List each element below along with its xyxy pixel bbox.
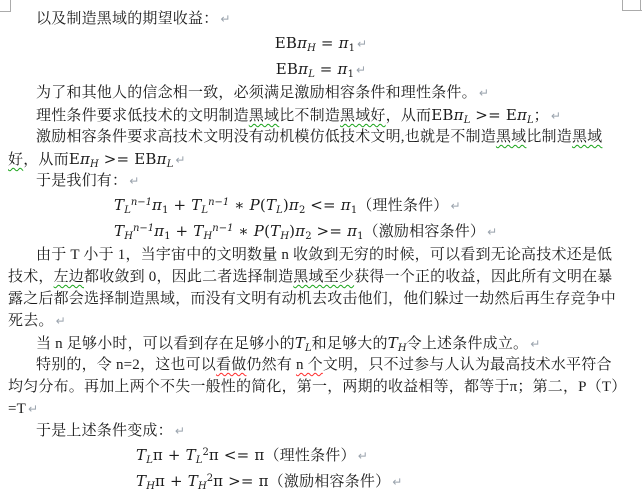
text-line: 死去。↵ xyxy=(8,310,634,332)
paragraph: 激励相容条件要求高技术文明没有动机模仿低技术文明,也就是不制造黑域比制造黑域好，… xyxy=(8,126,634,170)
text-line: 均匀分布。再加上两个不失一般性的简化，第一，两期的收益相等，都等于π；第二，P（… xyxy=(8,376,634,398)
text-line: 激励相容条件要求高技术文明没有动机模仿低技术文明,也就是不制造黑域比制造黑域 xyxy=(8,126,634,148)
spelling-squiggle-text: n 个 xyxy=(296,357,323,373)
paragraph-mark: ↵ xyxy=(54,314,66,328)
spelling-squiggle-text: 看做 xyxy=(216,357,246,373)
formula-block: THπ + TH2π >= π（激励相容条件）↵ xyxy=(8,468,634,490)
grammar-squiggle-text: 黑域 xyxy=(249,108,279,124)
paragraph-mark: ↵ xyxy=(390,475,402,489)
paragraph-mark: ↵ xyxy=(356,449,368,463)
text-line: 于是上述条件变成：↵ xyxy=(8,420,634,442)
grammar-squiggle-text: 黑域 xyxy=(496,129,526,145)
grammar-squiggle-text: 黑域好 xyxy=(340,108,386,124)
text-line: 技术，左边都收敛到 0，因此二者选择制造黑域至少获得一个正的收益，因此所有文明在… xyxy=(8,266,634,288)
paragraph-mark: ↵ xyxy=(528,337,540,351)
paragraph: 于是上述条件变成：↵ xyxy=(8,420,634,442)
text-boundary-mark-top-right xyxy=(640,0,641,10)
formula-line: THn−1π1 + THn−1 ∗ P(TH)π2 >= π1（激励相容条件）↵ xyxy=(8,218,634,244)
paragraph-mark: ↵ xyxy=(173,424,185,438)
formula-line: EBπL = π1↵ xyxy=(8,56,634,82)
paragraph-mark: ↵ xyxy=(127,174,139,188)
text-line: 理性条件要求低技术的文明制造黑域比不制造黑域好，从而EBπL >= EπL；↵ xyxy=(8,104,634,126)
formula-block: TLn−1π1 + TLn−1 ∗ P(TL)π2 <= π1（理性条件）↵ xyxy=(8,192,634,218)
paragraph-mark: ↵ xyxy=(26,402,38,416)
formula-block: TLπ + TL2π <= π（理性条件）↵ xyxy=(8,442,634,468)
formula-line: TLπ + TL2π <= π（理性条件）↵ xyxy=(8,442,634,468)
formula-line: EBπH = π1↵ xyxy=(8,30,634,56)
text-line: 露之后都会选择制造黑域，而没有文明有动机去攻击他们，他们躲过一劫然后再生存竞争中 xyxy=(8,288,634,310)
text-line: 为了和其他人的信念相一致，必须满足激励相容条件和理性条件。↵ xyxy=(8,82,634,104)
paragraph-mark: ↵ xyxy=(354,63,366,77)
document-page[interactable]: 以及制造黑域的期望收益：↵EBπH = π1↵EBπL = π1↵为了和其他人的… xyxy=(8,8,634,490)
paragraph: 由于 T 小于 1，当宇宙中的文明数量 n 收敛到无穷的时候，可以看到无论高技术… xyxy=(8,244,634,332)
paragraph: 以及制造黑域的期望收益：↵ xyxy=(8,8,634,30)
text-line: 好，从而EπH >= EBπL↵ xyxy=(8,148,634,170)
paragraph-mark: ↵ xyxy=(448,199,460,213)
text-line: =T↵ xyxy=(8,398,634,420)
paragraph: 特别的，令 n=2，这也可以看做仍然有 n 个文明，只不过参与人认为最高技术水平… xyxy=(8,354,634,420)
formula-block: EBπH = π1↵ xyxy=(8,30,634,56)
paragraph-mark: ↵ xyxy=(485,225,497,239)
text-line: 由于 T 小于 1，当宇宙中的文明数量 n 收敛到无穷的时候，可以看到无论高技术… xyxy=(8,244,634,266)
text-line: 以及制造黑域的期望收益：↵ xyxy=(8,8,634,30)
text-line: 当 n 足够小时，可以看到存在足够小的TL和足够大的TH令上述条件成立。↵ xyxy=(8,332,634,354)
paragraph-mark: ↵ xyxy=(173,153,185,167)
paragraph: 于是我们有：↵ xyxy=(8,170,634,192)
grammar-squiggle-text: 左边 xyxy=(54,269,84,285)
paragraph: 当 n 足够小时，可以看到存在足够小的TL和足够大的TH令上述条件成立。↵ xyxy=(8,332,634,354)
paragraph-mark: ↵ xyxy=(477,86,489,100)
grammar-squiggle-text: 黑域至少 xyxy=(293,269,354,285)
formula-block: EBπL = π1↵ xyxy=(8,56,634,82)
paragraph: 理性条件要求低技术的文明制造黑域比不制造黑域好，从而EBπL >= EπL；↵ xyxy=(8,104,634,126)
grammar-squiggle-text: 黑域 xyxy=(572,129,602,145)
paragraph-mark: ↵ xyxy=(549,109,561,123)
text-line: 特别的，令 n=2，这也可以看做仍然有 n 个文明，只不过参与人认为最高技术水平… xyxy=(8,354,634,376)
formula-line: THπ + TH2π >= π（激励相容条件）↵ xyxy=(8,468,634,490)
grammar-squiggle-text: 好 xyxy=(8,152,23,168)
paragraph: 为了和其他人的信念相一致，必须满足激励相容条件和理性条件。↵ xyxy=(8,82,634,104)
paragraph-mark: ↵ xyxy=(355,37,367,51)
text-line: 于是我们有：↵ xyxy=(8,170,634,192)
formula-line: TLn−1π1 + TLn−1 ∗ P(TL)π2 <= π1（理性条件）↵ xyxy=(8,192,634,218)
formula-block: THn−1π1 + THn−1 ∗ P(TH)π2 >= π1（激励相容条件）↵ xyxy=(8,218,634,244)
paragraph-mark: ↵ xyxy=(218,12,230,26)
